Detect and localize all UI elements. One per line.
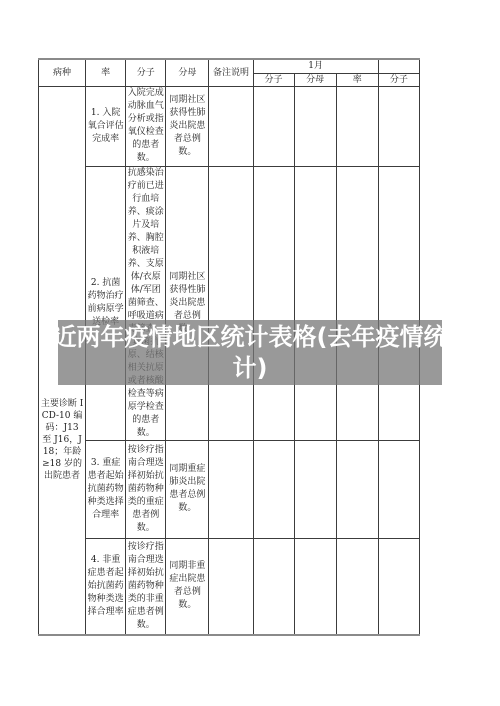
watermark-overlay: 近两年疫情地区统计表格(去年疫情统 计)	[58, 320, 442, 385]
numerator-cell: 抗感染治疗前已进行血培养、痰涂片及培养、胸腔积液培养、支原体/衣原体/军团菌筛查…	[126, 166, 166, 440]
header-m1-rate: 率	[336, 73, 378, 86]
denominator-cell: 同期重症肺炎出院患者总例数。	[166, 440, 209, 538]
table-row: 4. 非重症患者起始抗菌药物种类选择合理率 按诊疗指南合理选择初始抗菌药物种类的…	[39, 538, 420, 635]
table-row: 3. 重症患者起始抗菌药物种类选择合理率 按诊疗指南合理选择初始抗菌药物种类的重…	[39, 440, 420, 538]
numerator-cell: 按诊疗指南合理选择初始抗菌药物种类的非重症患者例数。	[126, 538, 166, 635]
header-denominator: 分母	[166, 59, 209, 86]
rate-cell: 2. 抗菌药物治疗前病原学送检率	[86, 166, 126, 440]
header-m2-numerator: 分子	[378, 73, 419, 86]
page: 病种 率 分子 分母 备注说明 1月 分子 分母 率 分子 主要诊断 ICD-1…	[0, 0, 500, 706]
month2-numerator-cell	[378, 86, 419, 166]
month1-rate-cell	[336, 166, 378, 440]
table-row: 主要诊断 ICD-10 编码：J13 至 J16，J18；年龄≥18 岁的出院患…	[39, 86, 420, 166]
header-row-1: 病种 率 分子 分母 备注说明 1月	[39, 59, 420, 73]
month1-denominator-cell	[294, 166, 336, 440]
header-m1-denominator: 分母	[294, 73, 336, 86]
month2-numerator-cell	[378, 440, 419, 538]
month1-denominator-cell	[294, 440, 336, 538]
notes-cell	[209, 86, 253, 166]
numerator-cell: 按诊疗指南合理选择初始抗菌药物种类的重症患者例数。	[126, 440, 166, 538]
table-row: 2. 抗菌药物治疗前病原学送检率 抗感染治疗前已进行血培养、痰涂片及培养、胸腔积…	[39, 166, 420, 440]
rate-cell: 4. 非重症患者起始抗菌药物种类选择合理率	[86, 538, 126, 635]
denominator-cell: 同期社区获得性肺炎出院患者总例数。	[166, 86, 209, 166]
month1-numerator-cell	[253, 440, 294, 538]
header-m1-numerator: 分子	[253, 73, 294, 86]
notes-cell	[209, 538, 253, 635]
rate-cell: 3. 重症患者起始抗菌药物种类选择合理率	[86, 440, 126, 538]
header-month1: 1月	[253, 59, 378, 73]
month1-rate-cell	[336, 538, 378, 635]
month1-numerator-cell	[253, 538, 294, 635]
rate-cell: 1. 入院氧合评估完成率	[86, 86, 126, 166]
month1-rate-cell	[336, 86, 378, 166]
header-month2	[378, 59, 419, 73]
month1-rate-cell	[336, 440, 378, 538]
month2-numerator-cell	[378, 166, 419, 440]
numerator-cell: 入院完成动脉血气分析或指氧仪检查的患者数。	[126, 86, 166, 166]
month2-numerator-cell	[378, 538, 419, 635]
notes-cell	[209, 440, 253, 538]
header-notes: 备注说明	[209, 59, 253, 86]
notes-cell	[209, 166, 253, 440]
denominator-cell: 同期非重症出院患者总例数。	[166, 538, 209, 635]
month1-denominator-cell	[294, 538, 336, 635]
header-disease: 病种	[39, 59, 86, 86]
header-numerator: 分子	[126, 59, 166, 86]
month1-numerator-cell	[253, 86, 294, 166]
watermark-title-line2: 计)	[233, 353, 268, 384]
denominator-cell: 同期社区获得性肺炎出院患者总例数。	[166, 166, 209, 440]
watermark-title-line1: 近两年疫情地区统计表格(去年疫情统	[53, 322, 448, 353]
month1-denominator-cell	[294, 86, 336, 166]
header-rate: 率	[86, 59, 126, 86]
month1-numerator-cell	[253, 166, 294, 440]
